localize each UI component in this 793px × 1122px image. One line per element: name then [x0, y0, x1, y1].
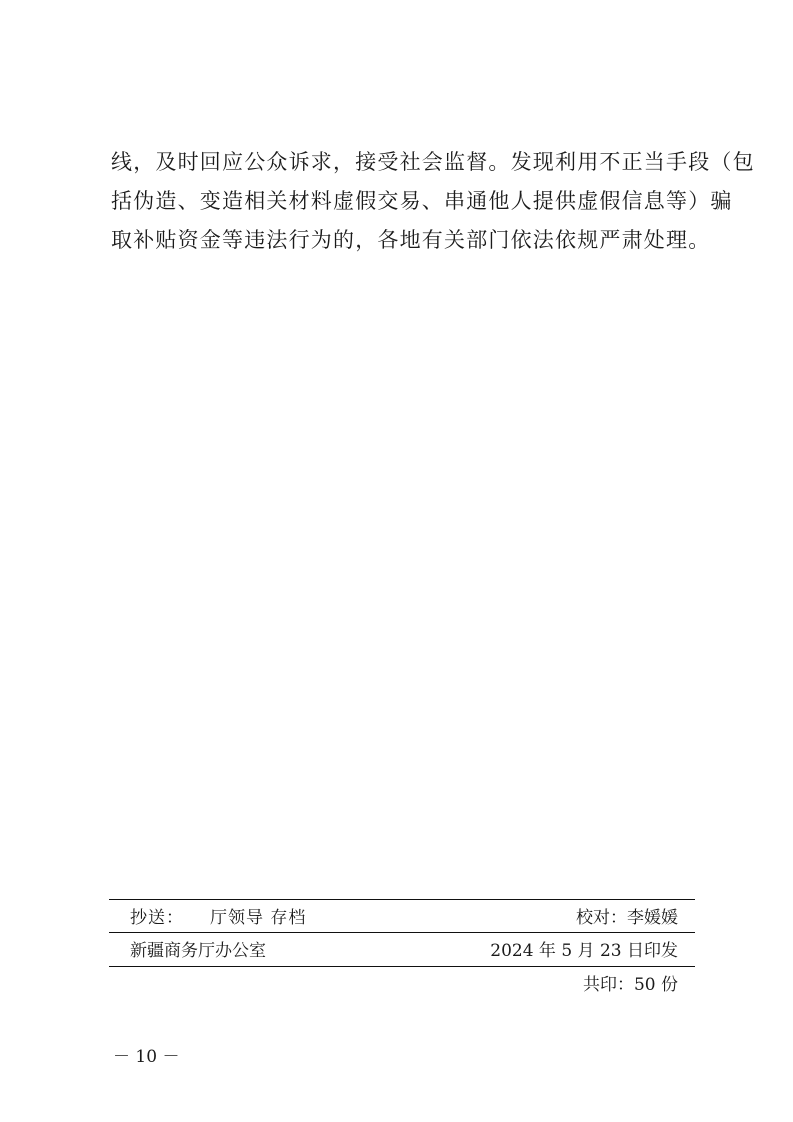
divider-middle	[109, 932, 695, 933]
paragraph-line: 括伪造、变造相关材料虚假交易、串通他人提供虚假信息等）骗	[111, 182, 701, 221]
issue-date: 2024 年 5 月 23 日印发	[490, 939, 678, 963]
page-number: － 10 －	[113, 1042, 179, 1067]
paragraph-line: 线，及时回应公众诉求，接受社会监督。发现利用不正当手段（包	[111, 143, 701, 182]
body-paragraph: 线，及时回应公众诉求，接受社会监督。发现利用不正当手段（包 括伪造、变造相关材料…	[111, 143, 701, 260]
issuer-row: 新疆商务厅办公室 2024 年 5 月 23 日印发	[130, 939, 678, 963]
proofreader: 校对：李媛媛	[576, 906, 678, 930]
print-count: 共印：50 份	[583, 973, 678, 997]
issuer: 新疆商务厅办公室	[130, 939, 266, 963]
divider-top	[109, 899, 695, 900]
divider-bottom	[109, 966, 695, 967]
paragraph-line: 取补贴资金等违法行为的，各地有关部门依法依规严肃处理。	[111, 221, 701, 260]
copy-to-items: 厅领导 存档	[210, 908, 306, 928]
print-count-row: 共印：50 份	[130, 973, 678, 997]
copy-to-label: 抄送：	[130, 908, 184, 928]
copy-to-row: 抄送：厅领导 存档 校对：李媛媛	[130, 906, 678, 930]
